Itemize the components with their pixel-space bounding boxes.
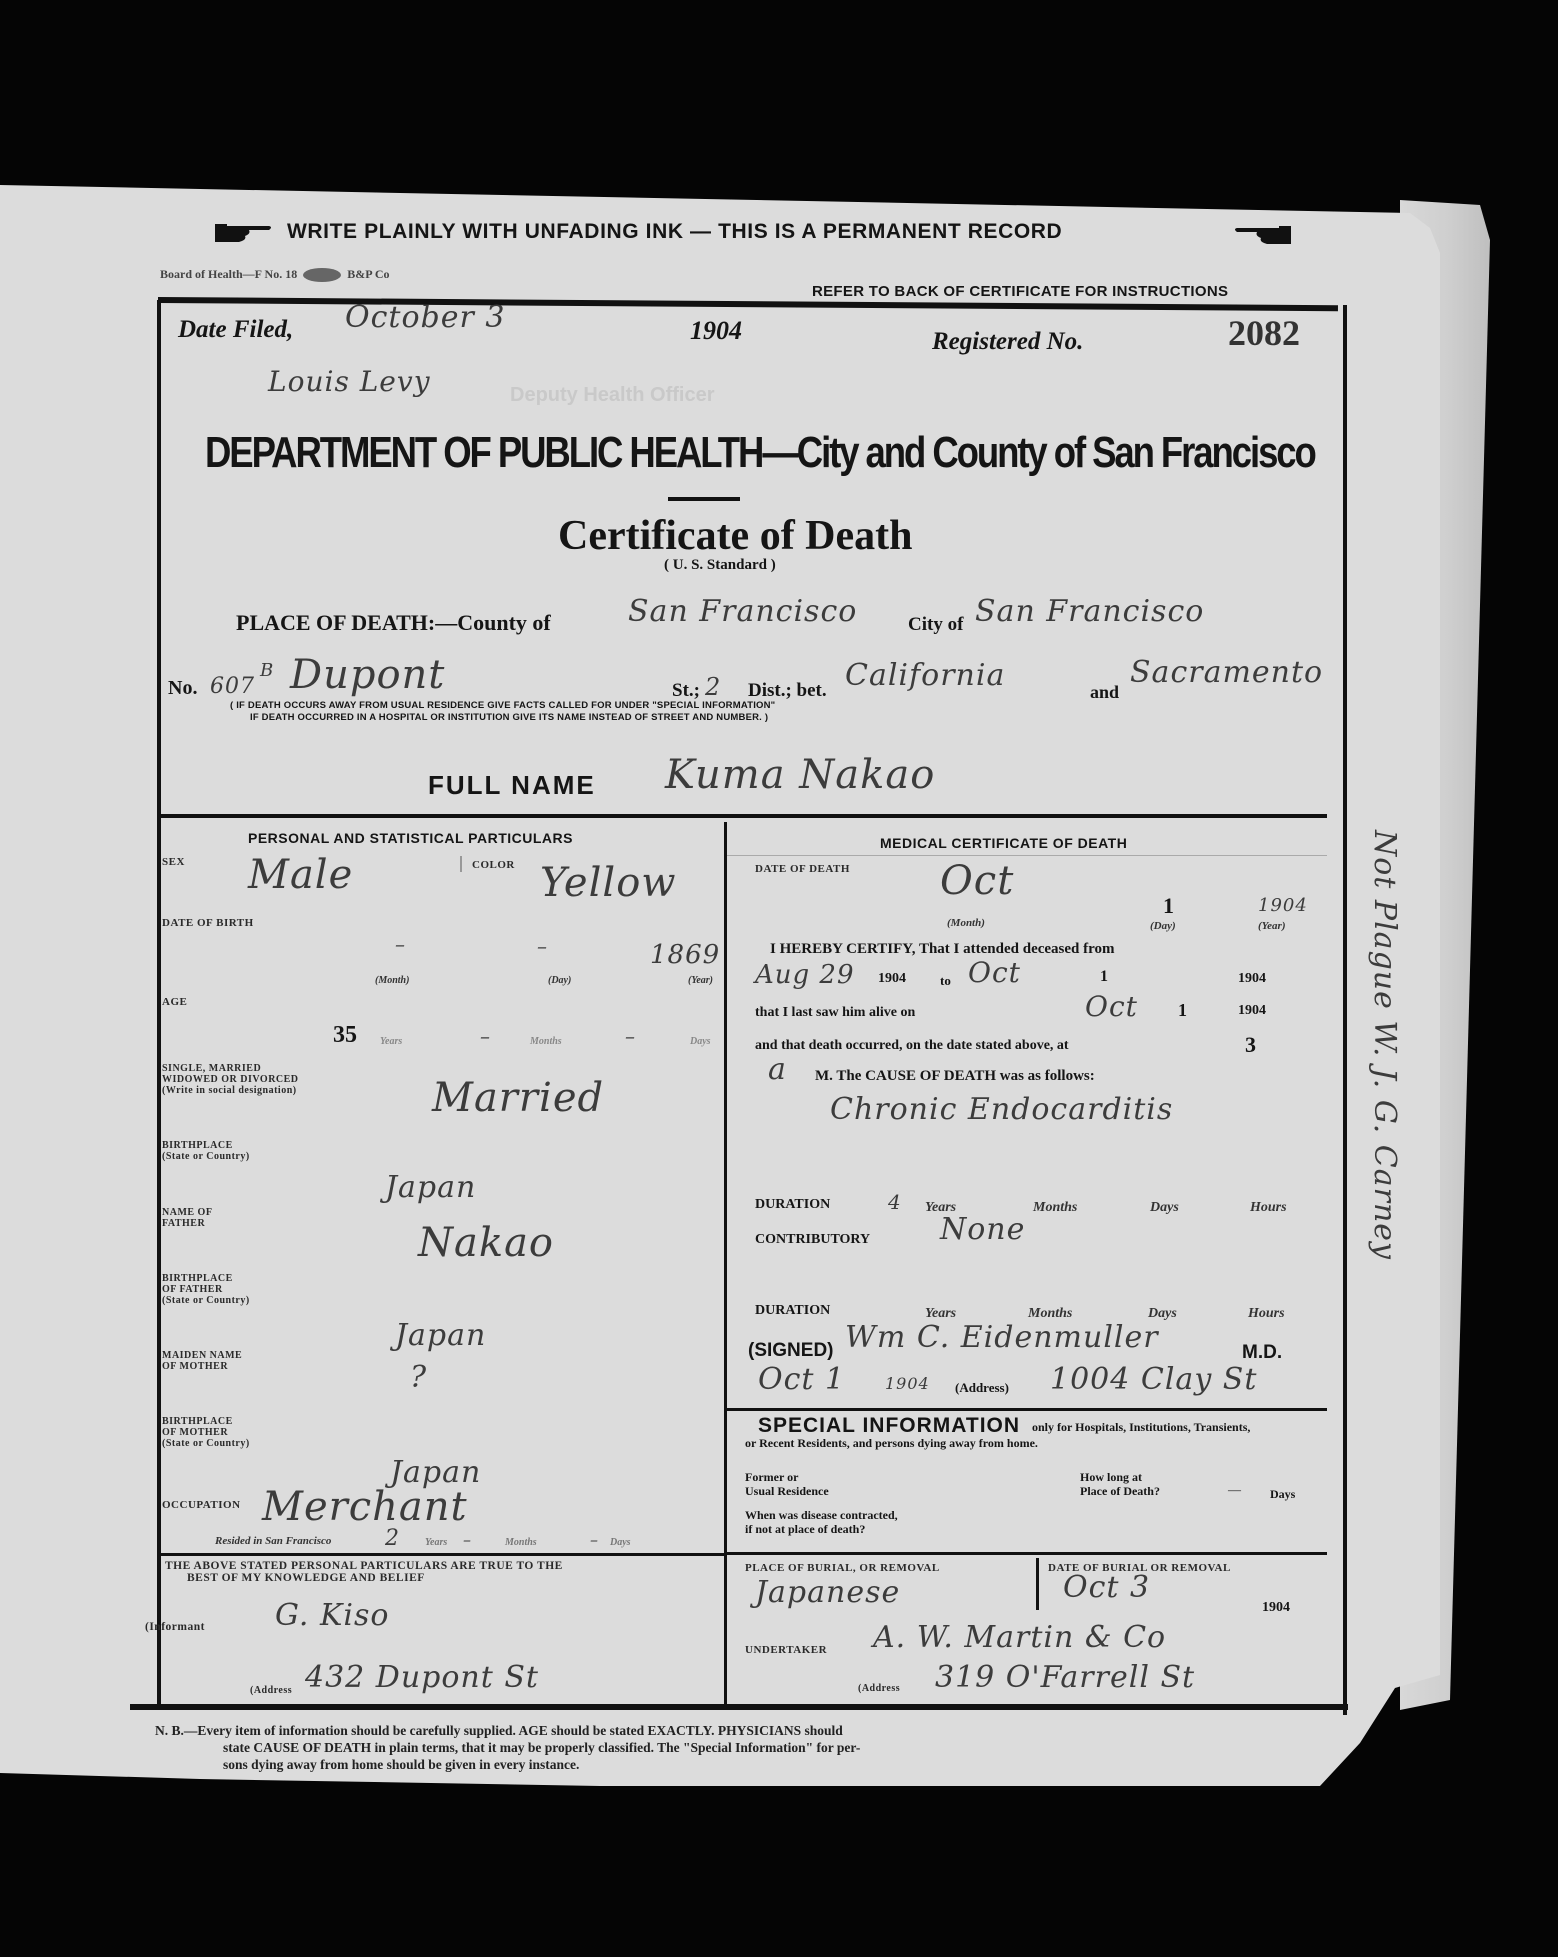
former-residence-label: Former or Usual Residence [745, 1470, 829, 1498]
occurred-text: and that death occurred, on the date sta… [755, 1038, 1069, 1054]
father-bp-label-2: OF FATHER [162, 1284, 250, 1295]
dod-label: DATE OF DEATH [755, 864, 850, 875]
contributory-label: CONTRIBUTORY [755, 1232, 870, 1248]
officer-title: Deputy Health Officer [510, 384, 714, 407]
father-name-value: Nakao [418, 1220, 554, 1266]
date-filed-year: 1904 [690, 316, 742, 346]
city-value: San Francisco [975, 594, 1204, 629]
age-years: 35 [333, 1022, 357, 1049]
age-label: AGE [162, 997, 187, 1008]
age-months: – [480, 1024, 491, 1048]
duration-years: 4 [888, 1190, 902, 1214]
marital-label-2: WIDOWED OR DIVORCED [162, 1074, 299, 1085]
district-label: Dist.; bet. [748, 680, 827, 702]
burial-place-label: PLACE OF BURIAL, OR REMOVAL [745, 1563, 940, 1574]
duration-label: DURATION [755, 1197, 830, 1213]
how-long-label: How long at Place of Death? [1080, 1470, 1160, 1498]
informant-address: 432 Dupont St [305, 1660, 539, 1695]
birthplace-value: Japan [385, 1170, 476, 1205]
duration2-hours-label: Hours [1248, 1306, 1285, 1322]
medical-title-rule [727, 855, 1327, 856]
banner-row: WRITE PLAINLY WITH UNFADING INK — THIS I… [215, 218, 1305, 248]
father-bp-label-3: (State or Country) [162, 1295, 250, 1306]
attended-to-year: 1904 [1238, 971, 1266, 987]
last-saw-day: 1 [1178, 1000, 1187, 1021]
dob-year-label: (Year) [688, 975, 713, 986]
mother-birthplace-label: BIRTHPLACE OF MOTHER (State or Country) [162, 1416, 250, 1449]
dob-month: – [395, 932, 406, 956]
physician-address: 1004 Clay St [1050, 1362, 1257, 1397]
union-label-icon [303, 268, 341, 282]
father-birthplace-value: Japan [395, 1318, 486, 1353]
duration-months-label: Months [1033, 1200, 1077, 1216]
dob-day: – [537, 934, 548, 958]
form-number-text: Board of Health—F No. 18 [160, 267, 297, 281]
date-filed-value: October 3 [345, 300, 505, 335]
occupation-label: OCCUPATION [162, 1500, 241, 1511]
attended-from-year: 1904 [878, 971, 906, 987]
father-name-label: NAME OF FATHER [162, 1207, 212, 1229]
how-long-value: — [1228, 1482, 1241, 1498]
resided-days: – [590, 1530, 599, 1549]
banner-text: WRITE PLAINLY WITH UNFADING INK — THIS I… [287, 220, 1062, 244]
place-note-line-2: IF DEATH OCCURRED IN A HOSPITAL OR INSTI… [250, 712, 768, 723]
mother-bp-label-3: (State or Country) [162, 1438, 250, 1449]
district-value: 2 [705, 673, 721, 701]
how-long-days-label: Days [1270, 1487, 1295, 1502]
dob-month-label: (Month) [375, 975, 409, 986]
full-name-value: Kuma Nakao [665, 752, 935, 798]
signed-date: Oct 1 [758, 1362, 845, 1397]
registered-no-value: 2082 [1228, 312, 1300, 354]
column-divider [724, 822, 727, 1708]
attended-to-day: 1 [1100, 968, 1108, 986]
informant-address-label: (Address [250, 1685, 292, 1696]
place-of-death-label: PLACE OF DEATH:—County of [236, 610, 551, 636]
between-street-1: California [845, 658, 1005, 693]
certificate-title: Certificate of Death [558, 512, 913, 560]
sex-value: Male [248, 852, 353, 898]
burial-divider [1036, 1558, 1039, 1610]
sex-color-divider [460, 856, 462, 872]
officer-signature: Louis Levy [268, 365, 431, 398]
full-name-rule [157, 814, 1327, 818]
instructions-ref: REFER TO BACK OF CERTIFICATE FOR INSTRUC… [812, 283, 1228, 300]
duration-hours-label: Hours [1250, 1200, 1287, 1216]
special-info-title: SPECIAL INFORMATION [758, 1414, 1020, 1438]
undertaker-label: UNDERTAKER [745, 1645, 827, 1656]
margin-annotation: Not Plague W. J. G. Carney [1367, 830, 1402, 1350]
last-saw-year: 1904 [1238, 1003, 1266, 1019]
informant-label: (Informant [145, 1622, 205, 1633]
dod-day: 1 [1163, 893, 1174, 919]
color-value: Yellow [540, 860, 677, 906]
former-residence-label-2: Usual Residence [745, 1484, 829, 1498]
and-label: and [1090, 682, 1119, 703]
birthplace-label: BIRTHPLACE (State or Country) [162, 1140, 250, 1162]
age-years-label: Years [380, 1036, 402, 1047]
color-label: COLOR [472, 860, 515, 871]
dod-year: 1904 [1258, 895, 1308, 916]
birthplace-label-1: BIRTHPLACE [162, 1140, 250, 1151]
age-days: – [625, 1024, 636, 1048]
cause-value: Chronic Endocarditis [830, 1092, 1173, 1127]
father-label-1: NAME OF [162, 1207, 212, 1218]
mother-label-1: MAIDEN NAME [162, 1350, 242, 1361]
sex-label: SEX [162, 857, 185, 868]
last-saw-label: that I last saw him alive on [755, 1005, 915, 1021]
dob-year: 1869 [650, 940, 720, 970]
physician-name: Wm C. Eidenmuller [845, 1320, 1159, 1355]
contracted-label-2: if not at place of death? [745, 1522, 898, 1536]
special-info-rule [727, 1408, 1327, 1411]
medical-section-title: MEDICAL CERTIFICATE OF DEATH [880, 835, 1127, 851]
burial-rule [727, 1552, 1327, 1555]
certify-text: I HEREBY CERTIFY, That I attended deceas… [770, 941, 1115, 958]
dod-month-label: (Month) [947, 917, 985, 929]
burial-date-value: Oct 3 [1063, 1570, 1150, 1605]
footer-note-line-1: N. B.—Every item of information should b… [155, 1722, 860, 1739]
signed-year: 1904 [885, 1374, 930, 1393]
father-bp-label-1: BIRTHPLACE [162, 1273, 250, 1284]
former-residence-label-1: Former or [745, 1470, 829, 1484]
dod-month: Oct [940, 858, 1014, 904]
attended-from: Aug 29 [755, 960, 855, 990]
standard-label: ( U. S. Standard ) [664, 557, 776, 574]
special-info-subtitle-1: only for Hospitals, Institutions, Transi… [1032, 1420, 1250, 1435]
occupation-value: Merchant [262, 1484, 468, 1530]
pointing-hand-left-icon [1233, 224, 1291, 246]
special-info-subtitle-2: or Recent Residents, and persons dying a… [745, 1436, 1038, 1451]
mother-name-value: ? [410, 1360, 427, 1395]
title-divider [668, 497, 740, 501]
mother-bp-label-1: BIRTHPLACE [162, 1416, 250, 1427]
county-value: San Francisco [628, 594, 857, 629]
father-label-2: FATHER [162, 1218, 212, 1229]
time-ampm: a [768, 1052, 787, 1087]
frame-bottom-rule [130, 1704, 1348, 1710]
marital-value: Married [432, 1075, 604, 1121]
pointing-hand-right-icon [215, 222, 273, 244]
age-days-label: Days [690, 1036, 711, 1047]
resided-months-label: Months [505, 1537, 537, 1548]
physician-address-label: (Address) [955, 1380, 1009, 1396]
city-label: City of [908, 614, 963, 636]
department-title: DEPARTMENT OF PUBLIC HEALTH—City and Cou… [205, 428, 1315, 478]
street-no-label: No. [168, 677, 197, 700]
street-superscript: B [260, 660, 274, 681]
between-street-2: Sacramento [1130, 655, 1323, 690]
duration2-label: DURATION [755, 1303, 830, 1319]
how-long-label-1: How long at [1080, 1470, 1160, 1484]
form-number: Board of Health—F No. 18 B&P Co [160, 267, 390, 282]
resided-years: 2 [385, 1526, 400, 1551]
burial-place-value: Japanese [755, 1575, 900, 1610]
resided-months: – [463, 1530, 472, 1549]
mother-bp-label-2: OF MOTHER [162, 1427, 250, 1438]
frame-right-rule [1343, 305, 1347, 1715]
attest-line-2: BEST OF MY KNOWLEDGE AND BELIEF [187, 1572, 563, 1584]
attended-to: Oct [968, 956, 1021, 989]
street-number: 607 [210, 674, 255, 699]
to-label: to [940, 973, 951, 989]
frame-left-rule [157, 300, 161, 1708]
attest-text: THE ABOVE STATED PERSONAL PARTICULARS AR… [145, 1560, 563, 1584]
marital-label: SINGLE, MARRIED WIDOWED OR DIVORCED (Wri… [162, 1063, 299, 1096]
burial-year: 1904 [1262, 1600, 1290, 1616]
dod-year-label: (Year) [1258, 920, 1286, 932]
how-long-label-2: Place of Death? [1080, 1484, 1160, 1498]
dob-day-label: (Day) [548, 975, 571, 986]
footer-note-line-2: state CAUSE OF DEATH in plain terms, tha… [223, 1739, 860, 1756]
contributory-value: None [940, 1212, 1025, 1247]
printer-text: B&P Co [347, 267, 389, 281]
registered-no-label: Registered No. [932, 328, 1083, 356]
footer-note: N. B.—Every item of information should b… [155, 1722, 860, 1773]
street-name: Dupont [290, 652, 445, 698]
date-filed-label: Date Filed, [178, 316, 293, 344]
contracted-label-1: When was disease contracted, [745, 1508, 898, 1522]
father-birthplace-label: BIRTHPLACE OF FATHER (State or Country) [162, 1273, 250, 1306]
footer-note-line-3: sons dying away from home should be give… [223, 1756, 860, 1773]
full-name-label: FULL NAME [428, 770, 596, 801]
birthplace-label-2: (State or Country) [162, 1151, 250, 1162]
resided-years-label: Years [425, 1537, 447, 1548]
signed-label: (SIGNED) [748, 1340, 834, 1362]
contracted-label: When was disease contracted, if not at p… [745, 1508, 898, 1536]
mother-name-label: MAIDEN NAME OF MOTHER [162, 1350, 242, 1372]
mother-label-2: OF MOTHER [162, 1361, 242, 1372]
informant-value: G. Kiso [275, 1598, 389, 1633]
last-saw-month: Oct [1085, 990, 1138, 1023]
dob-label: DATE OF BIRTH [162, 918, 254, 929]
undertaker-address: 319 O'Farrell St [935, 1660, 1195, 1695]
place-note-line-1: ( IF DEATH OCCURS AWAY FROM USUAL RESIDE… [230, 700, 775, 711]
md-label: M.D. [1242, 1342, 1282, 1364]
time-hour: 3 [1245, 1032, 1256, 1058]
attest-rule [157, 1553, 724, 1556]
marital-label-1: SINGLE, MARRIED [162, 1063, 299, 1074]
age-months-label: Months [530, 1036, 562, 1047]
marital-label-3: (Write in social designation) [162, 1085, 299, 1096]
duration-days-label: Days [1150, 1200, 1179, 1216]
st-label: St.; [672, 680, 700, 702]
resided-days-label: Days [610, 1537, 631, 1548]
undertaker-address-label: (Address [858, 1683, 900, 1694]
resided-label: Resided in San Francisco [215, 1535, 331, 1547]
cause-intro: M. The CAUSE OF DEATH was as follows: [815, 1068, 1095, 1085]
attest-line-1: THE ABOVE STATED PERSONAL PARTICULARS AR… [165, 1560, 563, 1572]
personal-section-title: PERSONAL AND STATISTICAL PARTICULARS [248, 830, 573, 846]
dod-day-label: (Day) [1150, 920, 1176, 932]
undertaker-value: A. W. Martin & Co [873, 1620, 1166, 1655]
